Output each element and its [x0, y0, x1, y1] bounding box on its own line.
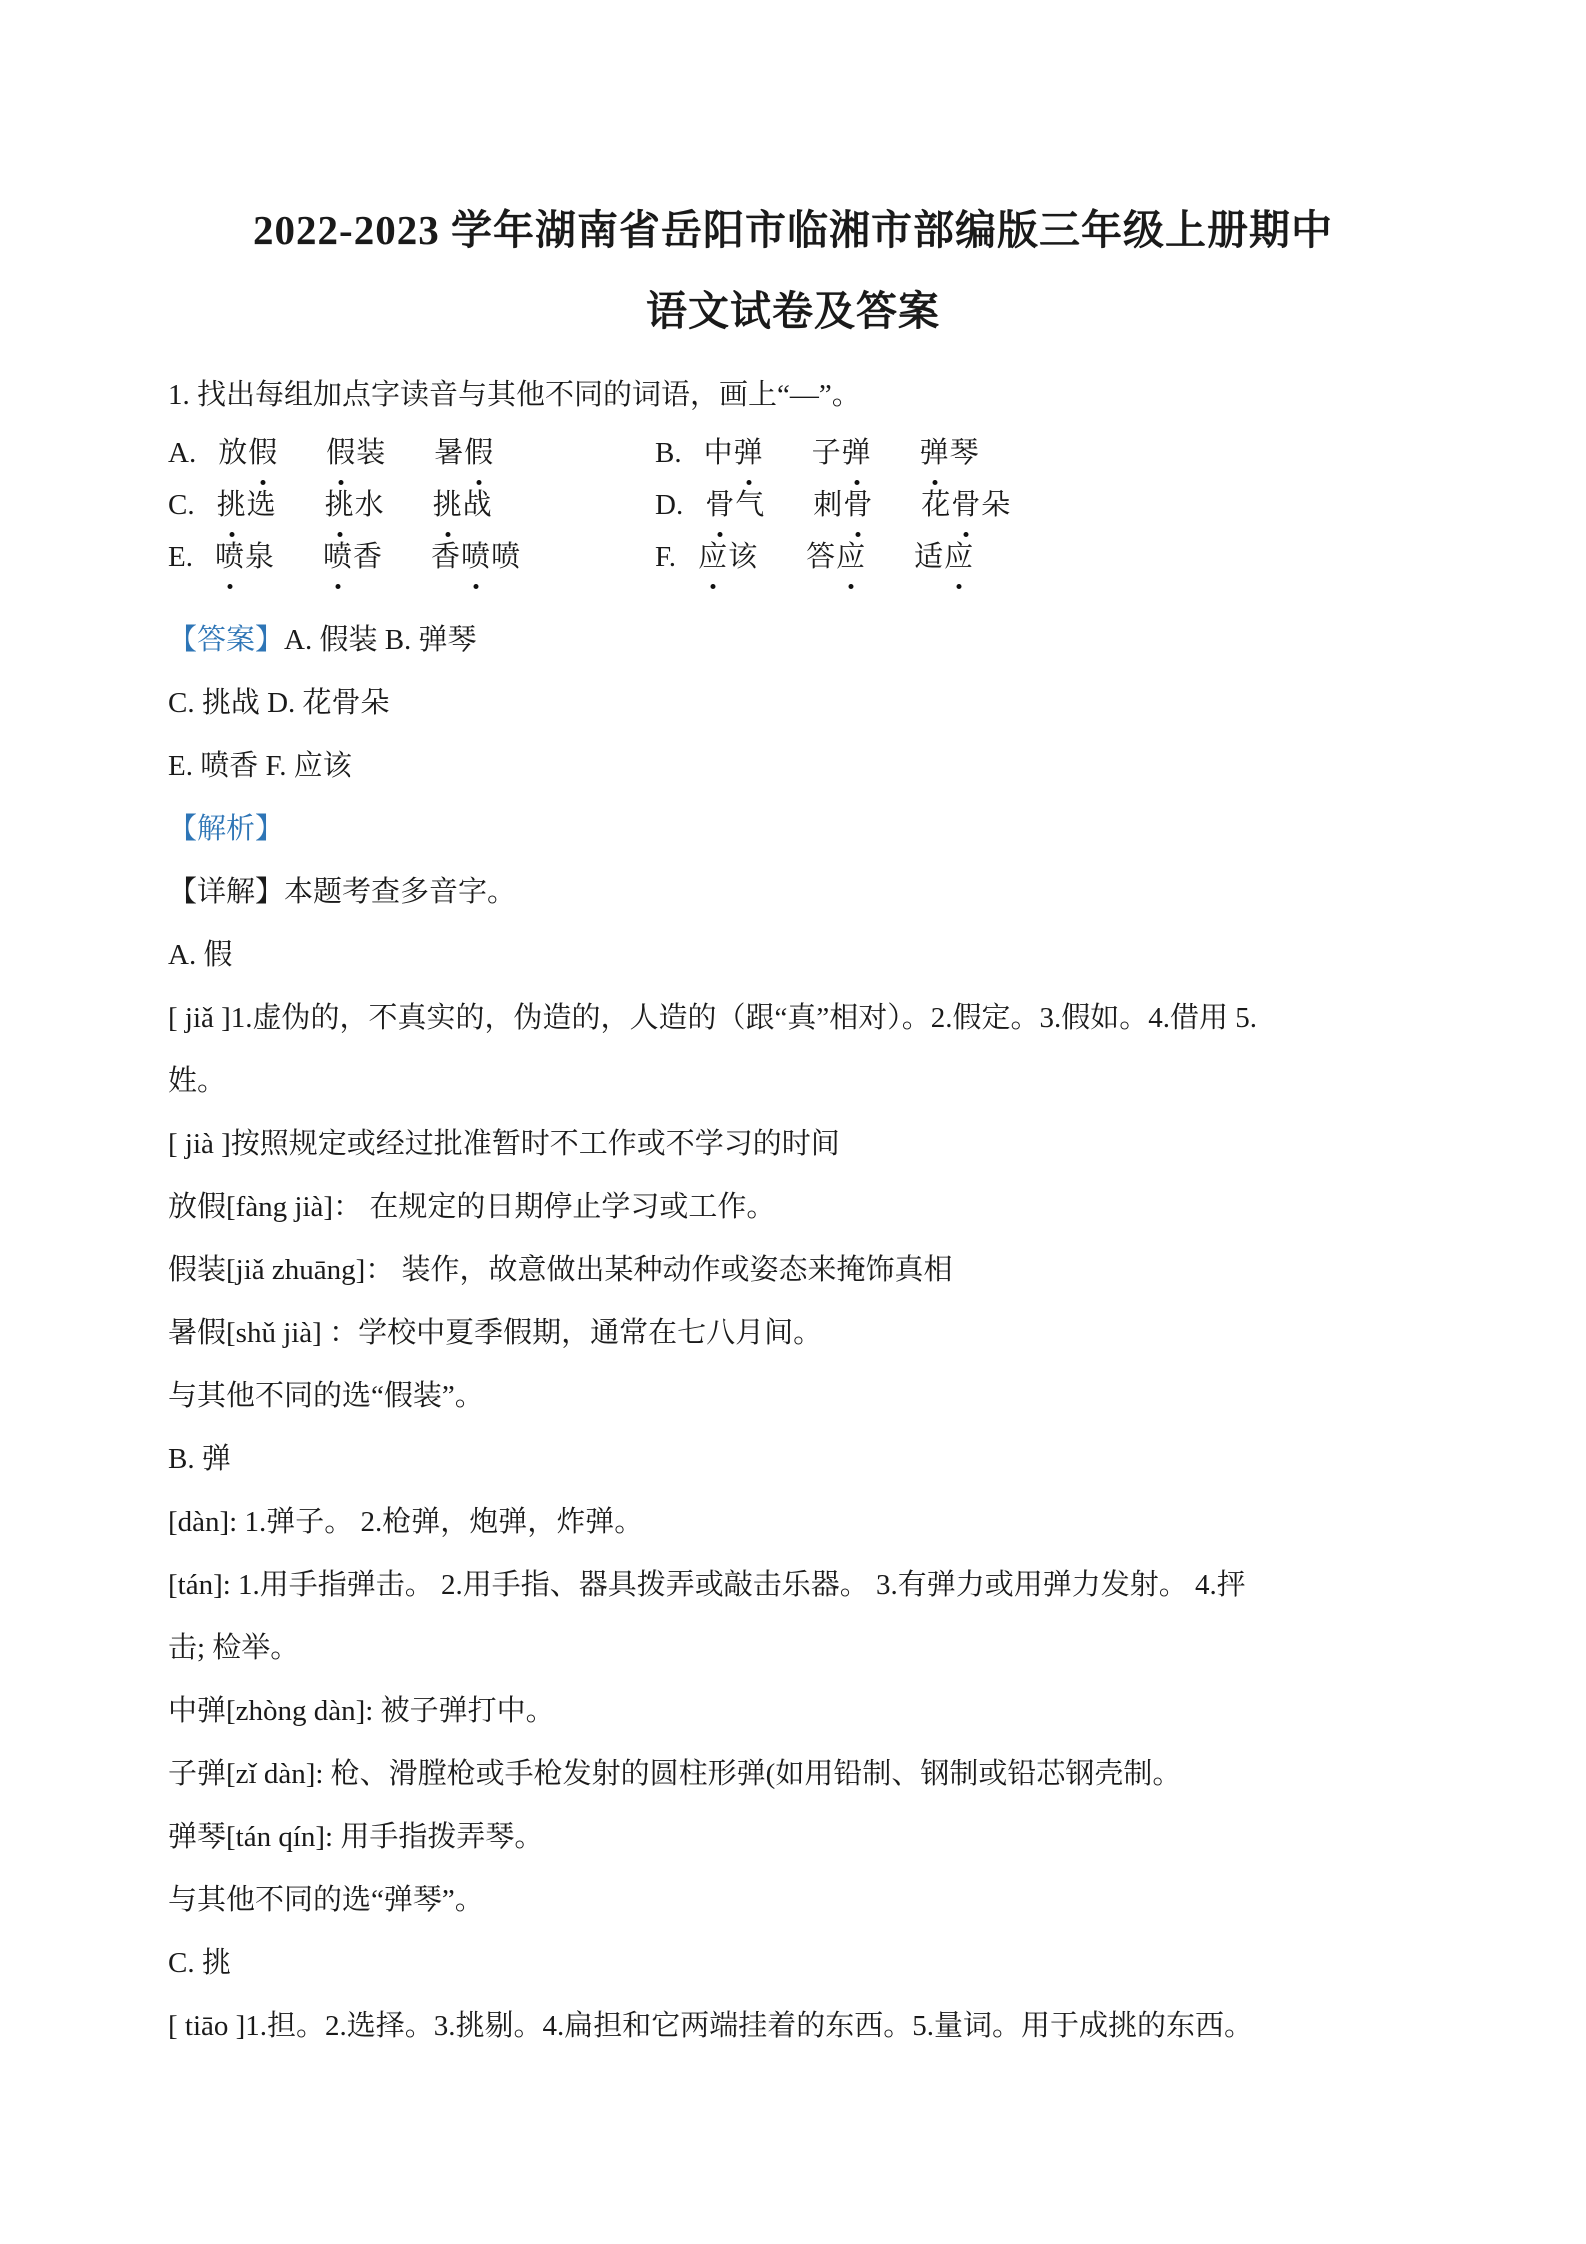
option-word: 挑水	[325, 479, 385, 531]
dotted-char: 假	[326, 427, 356, 479]
analysis-line: 放假[fàng jià]： 在规定的日期停止学习或工作。	[168, 1176, 1436, 1239]
detail-line: 【详解】本题考查多音字。	[168, 861, 1436, 924]
dotted-char: 假	[248, 427, 278, 479]
option-word: 子弹	[812, 427, 872, 479]
analysis-line: 子弹[zǐ dàn]: 枪、滑膛枪或手枪发射的圆柱形弹(如用铅制、钢制或铅芯钢壳…	[168, 1743, 1436, 1806]
dotted-char: 弹	[920, 427, 950, 479]
analysis-line: [dàn]: 1.弹子。 2.枪弹，炮弹，炸弹。	[168, 1491, 1436, 1554]
option-word: 喷香	[323, 531, 383, 583]
option-group: B.中弹子弹弹琴	[655, 427, 1028, 479]
option-word: 挑战	[433, 479, 493, 531]
option-group: F.应该答应适应	[655, 531, 1022, 583]
option-word: 弹琴	[920, 427, 980, 479]
dotted-char: 喷	[323, 531, 353, 583]
option-letter: A.	[168, 427, 196, 479]
option-word: 中弹	[704, 427, 764, 479]
option-letter: E.	[168, 531, 193, 583]
answer-more-lines: C. 挑战 D. 花骨朵E. 喷香 F. 应该	[168, 672, 1436, 798]
analysis-line: 弹琴[tán qín]: 用手指拨弄琴。	[168, 1806, 1436, 1869]
title-line-2: 语文试卷及答案	[0, 271, 1586, 352]
analysis-line: B. 弹	[168, 1428, 1436, 1491]
analysis-line: [ jià ]按照规定或经过批准暂时不工作或不学习的时间	[168, 1113, 1436, 1176]
option-word: 应该	[698, 531, 758, 583]
option-group: E.喷泉喷香香喷喷	[168, 531, 655, 583]
answer-line: 【答案】A. 假装 B. 弹琴	[168, 609, 1436, 672]
analysis-line: 假装[jiǎ zhuāng]： 装作，故意做出某种动作或姿态来掩饰真相	[168, 1239, 1436, 1302]
document-body: 1. 找出每组加点字读音与其他不同的词语，画上“—”。 A.放假假装暑假B.中弹…	[0, 364, 1586, 2058]
analysis-line: [ tiāo ]1.担。2.选择。3.挑剔。4.扁担和它两端挂着的东西。5.量词…	[168, 1995, 1436, 2058]
option-rows: A.放假假装暑假B.中弹子弹弹琴C.挑选挑水挑战D.骨气刺骨花骨朵E.喷泉喷香香…	[168, 427, 1436, 583]
option-row: E.喷泉喷香香喷喷F.应该答应适应	[168, 531, 1436, 583]
analysis-line: 与其他不同的选“弹琴”。	[168, 1869, 1436, 1932]
analysis-line: 暑假[shǔ jià] ：学校中夏季假期，通常在七八月间。	[168, 1302, 1436, 1365]
question-prompt: 1. 找出每组加点字读音与其他不同的词语，画上“—”。	[168, 364, 1436, 427]
analysis-line: 击; 检举。	[168, 1617, 1436, 1680]
option-row: A.放假假装暑假B.中弹子弹弹琴	[168, 427, 1436, 479]
analysis-line: C. 挑	[168, 1932, 1436, 1995]
dotted-char: 应	[836, 531, 866, 583]
analysis-label: 【解析】	[168, 813, 284, 845]
option-word: 刺骨	[813, 479, 873, 531]
option-letter: B.	[655, 427, 682, 479]
analysis-line: 与其他不同的选“假装”。	[168, 1365, 1436, 1428]
option-word: 挑选	[217, 479, 277, 531]
dotted-char: 挑	[325, 479, 355, 531]
dotted-char: 应	[944, 531, 974, 583]
dotted-char: 挑	[433, 479, 463, 531]
answer-line: E. 喷香 F. 应该	[168, 735, 1436, 798]
option-word: 假装	[326, 427, 386, 479]
dotted-char: 应	[698, 531, 728, 583]
dotted-char: 弹	[734, 427, 764, 479]
answer-line: C. 挑战 D. 花骨朵	[168, 672, 1436, 735]
option-word: 答应	[806, 531, 866, 583]
dotted-char: 喷	[215, 531, 245, 583]
option-word: 花骨朵	[921, 479, 1011, 531]
analysis-line: [ jiǎ ]1.虚伪的，不真实的，伪造的，人造的（跟“真”相对）。2.假定。3…	[168, 987, 1436, 1050]
dotted-char: 骨	[951, 479, 981, 531]
document-page: 2022-2023 学年湖南省岳阳市临湘市部编版三年级上册期中 语文试卷及答案 …	[0, 0, 1586, 2244]
option-word: 暑假	[434, 427, 494, 479]
answer-text: A. 假装 B. 弹琴	[284, 624, 477, 656]
analysis-line: A. 假	[168, 924, 1436, 987]
analysis-line: 中弹[zhòng dàn]: 被子弹打中。	[168, 1680, 1436, 1743]
option-group: A.放假假装暑假	[168, 427, 655, 479]
dotted-char: 喷	[461, 531, 491, 583]
answer-label: 【答案】	[168, 624, 284, 656]
option-word: 骨气	[705, 479, 765, 531]
dotted-char: 骨	[705, 479, 735, 531]
analysis-line: 姓。	[168, 1050, 1436, 1113]
detail-text: 本题考查多音字。	[284, 876, 516, 908]
dotted-char: 骨	[843, 479, 873, 531]
dotted-char: 挑	[217, 479, 247, 531]
option-group: D.骨气刺骨花骨朵	[655, 479, 1059, 531]
option-letter: C.	[168, 479, 195, 531]
analysis-lines: A. 假[ jiǎ ]1.虚伪的，不真实的，伪造的，人造的（跟“真”相对）。2.…	[168, 924, 1436, 2058]
title-line-1: 2022-2023 学年湖南省岳阳市临湘市部编版三年级上册期中	[0, 190, 1586, 271]
dotted-char: 假	[464, 427, 494, 479]
detail-label: 【详解】	[168, 876, 284, 908]
option-word: 喷泉	[215, 531, 275, 583]
option-letter: F.	[655, 531, 676, 583]
option-word: 放假	[218, 427, 278, 479]
option-word: 适应	[914, 531, 974, 583]
option-word: 香喷喷	[431, 531, 521, 583]
dotted-char: 弹	[842, 427, 872, 479]
option-row: C.挑选挑水挑战D.骨气刺骨花骨朵	[168, 479, 1436, 531]
option-letter: D.	[655, 479, 683, 531]
analysis-line: [tán]: 1.用手指弹击。 2.用手指、器具拨弄或敲击乐器。 3.有弹力或用…	[168, 1554, 1436, 1617]
option-group: C.挑选挑水挑战	[168, 479, 655, 531]
analysis-label-line: 【解析】	[168, 798, 1436, 861]
document-title: 2022-2023 学年湖南省岳阳市临湘市部编版三年级上册期中 语文试卷及答案	[0, 0, 1586, 352]
